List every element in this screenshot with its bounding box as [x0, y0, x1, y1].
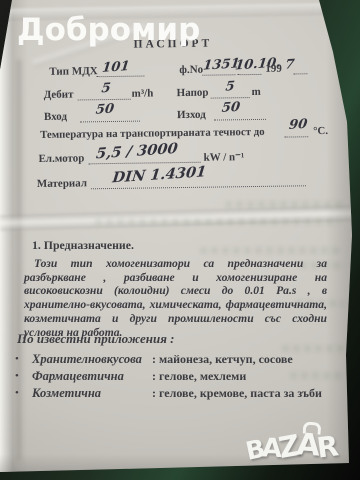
application-item: • Фармацевтична : гелове, мехлеми — [0, 369, 360, 385]
field-temperature-unit: °C. — [313, 125, 328, 137]
field-motor-label: Ел.мотор — [38, 152, 84, 165]
field-debit-label: Дебит — [44, 89, 74, 101]
application-name: Хранителновкусова — [32, 352, 142, 367]
application-examples: : гелове, мехлеми — [152, 369, 246, 384]
field-izhod-label: Изход — [177, 109, 206, 121]
field-napor-unit: m — [252, 86, 261, 98]
field-debit-value: 5 — [101, 81, 112, 97]
bullet-icon: • — [15, 370, 19, 382]
bullet-icon: • — [15, 387, 19, 399]
field-vhod-label: Вход — [44, 111, 67, 123]
field-type-value: 101 — [101, 59, 130, 76]
bullet-icon: • — [15, 353, 19, 365]
field-type-label: Тип МДХ — [49, 65, 98, 78]
field-napor-label: Напор — [177, 87, 209, 99]
field-fno-label: ф.No — [179, 64, 203, 76]
application-item: • Хранителновкусова : майонеза, кетчуп, … — [0, 352, 360, 368]
bazar-logo: BAZAR — [245, 424, 359, 474]
application-name: Фармацевтична — [32, 369, 124, 384]
listing-photo: ПАСПОРТ Тип МДХ 101 ф.No 1351 10.10. 199… — [0, 0, 360, 480]
field-vhod-value: 50 — [95, 101, 115, 117]
field-napor-value: 5 — [225, 79, 236, 95]
form-row-temperature: Температура на транспортираната течност … — [0, 125, 360, 148]
application-item: • Козметична : гелове, кремове, паста за… — [0, 386, 360, 402]
field-debit-unit: m³/h — [132, 87, 154, 99]
field-izhod-value: 50 — [221, 100, 241, 116]
field-motor-unit: kW / n⁻¹ — [203, 150, 244, 164]
paper-document: ПАСПОРТ Тип МДХ 101 ф.No 1351 10.10. 199… — [0, 0, 360, 480]
form-row-material: Материал DIN 1.4301 — [1, 174, 360, 197]
form-row-type-fno: Тип МДХ 101 ф.No 1351 10.10. 199 7 — [0, 62, 359, 85]
application-examples: : майонеза, кетчуп, сосове — [152, 352, 293, 367]
dotted-line — [293, 62, 307, 74]
logo-letter: R — [315, 430, 337, 465]
applications-heading: По известни приложения : — [17, 331, 175, 347]
field-material-label: Материал — [37, 177, 87, 190]
field-temperature-value: 90 — [288, 117, 308, 133]
form-row-debit-napor: Дебит 5 m³/h Напор 5 m — [0, 85, 360, 108]
purpose-paragraph: Този тип хомогенизатори са предназначени… — [24, 257, 327, 339]
field-fno-year-printed: 199 — [265, 63, 282, 75]
seller-watermark: Добромир — [17, 12, 200, 48]
section-heading: 1. Предназначение. — [32, 238, 134, 253]
field-temperature-label: Температура на транспортираната течност … — [40, 126, 265, 141]
application-name: Козметична — [32, 386, 101, 401]
application-examples: : гелове, кремове, паста за зъби — [152, 386, 322, 401]
